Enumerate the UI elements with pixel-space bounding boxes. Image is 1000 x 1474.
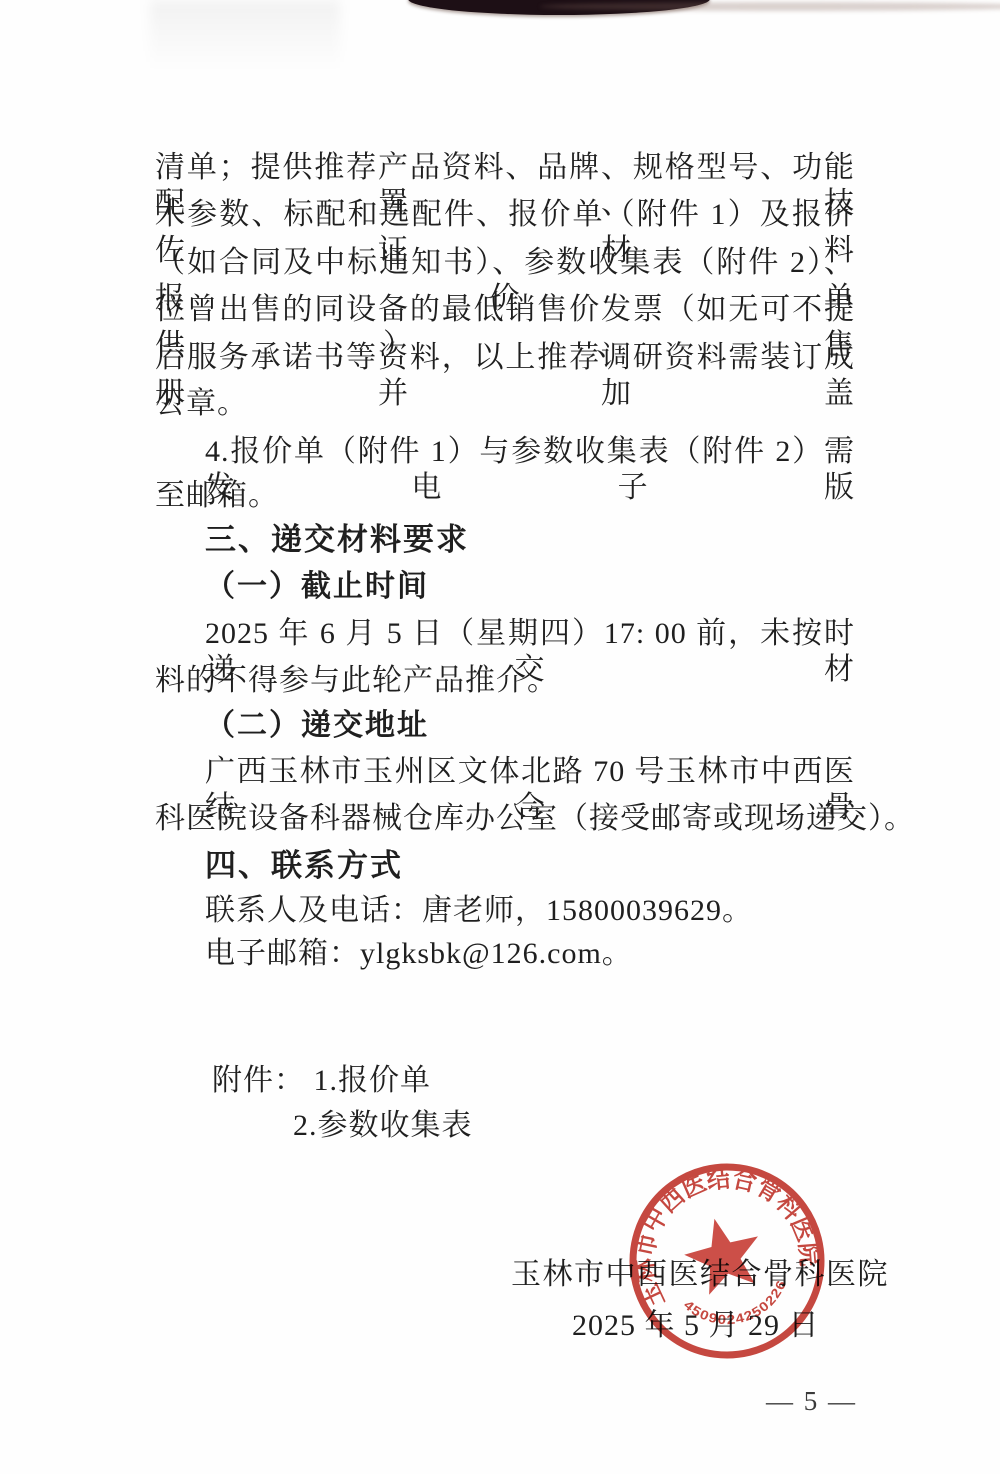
contact-phone-line: 联系人及电话：唐老师，15800039629。 — [205, 893, 855, 929]
section-heading-4: 四、联系方式 — [205, 848, 855, 884]
attachment-line-2: 2.参数收集表 — [293, 1108, 993, 1144]
document-page: 清单；提供推荐产品资料、品牌、规格型号、功能配置、技 术参数、标配和选配件、报价… — [0, 0, 1000, 1474]
svg-text:4509024250226: 4509024250226 — [679, 1273, 797, 1339]
official-seal: 玉林市中西医结合骨科医院 4509024250226 — [585, 1119, 869, 1403]
scan-shadow-artifact — [150, 0, 340, 70]
page-number: — 5 — — [766, 1386, 857, 1417]
section-heading-3: 三、递交材料要求 — [205, 522, 855, 558]
subsection-heading-address: （二）递交地址 — [205, 708, 855, 744]
subsection-heading-deadline: （一）截止时间 — [205, 569, 855, 605]
contact-email-line: 电子邮箱：ylgksbk@126.com。 — [205, 936, 855, 972]
seal-code: 4509024250226 — [679, 1273, 797, 1339]
seal-star-icon — [678, 1210, 769, 1299]
text-line: 科医院设备科器械仓库办公室（接受邮寄或现场递交）。 — [155, 801, 855, 837]
attachment-line-1: 附件： 1.报价单 — [212, 1063, 912, 1099]
text-line: 至邮箱。 — [155, 478, 855, 514]
text-line: 料的不得参与此轮产品推介。 — [155, 663, 855, 699]
text-line: 公章。 — [155, 386, 855, 422]
